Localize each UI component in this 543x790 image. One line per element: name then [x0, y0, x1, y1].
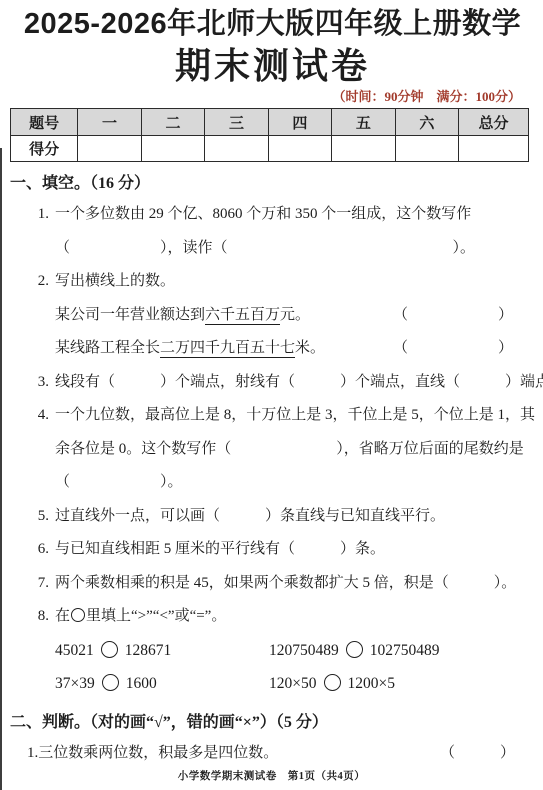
- score-table-header-cell: 一: [78, 109, 141, 136]
- text-segment: 里填上“>”“<”或“=”。: [86, 608, 226, 624]
- fill-q7: 7. 两个乘数相乘的积是 45，如果两个乘数都扩大 5 倍，积是（ ）。: [10, 567, 535, 601]
- question-number: 6.: [27, 533, 49, 567]
- question-text: 一个九位数，最高位上是 8，十万位上是 3，千位上是 5，个位上是 1，其: [55, 399, 535, 433]
- paper-title-line1: 2025-2026年北师大版四年级上册数学: [10, 6, 535, 43]
- comparison-item: 120750489102750489: [255, 634, 440, 668]
- exam-info: （时间：90分钟 满分：100分）: [10, 88, 535, 105]
- fill-q3: 3. 线段有（ ）个端点，射线有（ ）个端点，直线（ ）端点。: [10, 366, 535, 400]
- question-number: 7.: [27, 567, 49, 601]
- fill-q2-line-b: 某线路工程全长二万四千九百五十七米。 （ ）: [10, 332, 535, 366]
- compare-left-value: 120750489: [269, 642, 339, 659]
- fill-q8-lead: 8. 在里填上“>”“<”或“=”。: [10, 600, 535, 634]
- fill-q4-line3: （ ）。: [10, 466, 535, 500]
- text-segment: 某公司一年营业额达到: [55, 307, 205, 323]
- score-cell: [205, 136, 268, 162]
- exam-paper: 2025-2026年北师大版四年级上册数学 期末测试卷 （时间：90分钟 满分：…: [0, 0, 543, 790]
- question-number: 1.: [27, 198, 49, 232]
- comparison-item: 37×391600: [10, 667, 255, 701]
- fill-q5: 5. 过直线外一点，可以画（ ）条直线与已知直线平行。: [10, 500, 535, 534]
- fill-q8-compare-row2: 37×391600 120×501200×5: [10, 667, 535, 701]
- question-text: 两个乘数相乘的积是 45，如果两个乘数都扩大 5 倍，积是（ ）。: [55, 567, 516, 601]
- compare-circle-icon: [324, 674, 341, 691]
- score-table-header-cell: 三: [205, 109, 268, 136]
- compare-left-value: 45021: [55, 642, 94, 659]
- answer-blank: （ ）: [393, 299, 513, 333]
- compare-right-value: 128671: [125, 642, 172, 659]
- question-text: 某线路工程全长二万四千九百五十七米。: [10, 332, 325, 366]
- question-text: 过直线外一点，可以画（ ）条直线与已知直线平行。: [55, 500, 445, 534]
- question-number: 5.: [27, 500, 49, 534]
- compare-right-value: 102750489: [370, 642, 440, 659]
- fill-q6: 6. 与已知直线相距 5 厘米的平行线有（ ）条。: [10, 533, 535, 567]
- compare-right-value: 1600: [126, 675, 157, 692]
- text-segment: 某线路工程全长: [55, 340, 160, 356]
- question-text-wrap: 1. 三位数乘两位数，积最多是四位数。: [10, 737, 278, 771]
- judge-q1: 1. 三位数乘两位数，积最多是四位数。 （ ）: [10, 737, 535, 771]
- text-segment: 米。: [295, 340, 325, 356]
- score-cell: [332, 136, 395, 162]
- score-table-header-cell: 二: [141, 109, 204, 136]
- compare-circle-icon: [71, 608, 85, 622]
- underlined-number-words: 二万四千九百五十七: [160, 340, 295, 358]
- question-text: 线段有（ ）个端点，射线有（ ）个端点，直线（ ）端点。: [55, 366, 543, 400]
- text-segment: 在: [55, 608, 70, 624]
- score-cell: [459, 136, 529, 162]
- fill-q4-line1: 4. 一个九位数，最高位上是 8，十万位上是 3，千位上是 5，个位上是 1，其: [10, 399, 535, 433]
- fill-q2-lead: 2. 写出横线上的数。: [10, 265, 535, 299]
- question-text: 与已知直线相距 5 厘米的平行线有（ ）条。: [55, 533, 385, 567]
- score-table-header-cell: 四: [268, 109, 331, 136]
- comparison-item: 45021128671: [10, 634, 255, 668]
- answer-blank: （ ）: [393, 332, 513, 366]
- compare-right-value: 1200×5: [348, 675, 396, 692]
- score-cell: [395, 136, 458, 162]
- section-fill-heading: 一、填空。（16 分）: [10, 169, 535, 198]
- fill-q1-line1: 1. 一个多位数由 29 个亿、8060 个万和 350 个一组成，这个数写作: [10, 198, 535, 232]
- score-table: 题号 一 二 三 四 五 六 总分 得分: [10, 108, 529, 162]
- fill-q8-compare-row1: 45021128671 120750489102750489: [10, 634, 535, 668]
- question-text: 写出横线上的数。: [55, 265, 175, 299]
- paper-title-line2: 期末测试卷: [10, 43, 535, 88]
- score-cell: [141, 136, 204, 162]
- comparison-item: 120×501200×5: [255, 667, 395, 701]
- question-number: 8.: [27, 600, 49, 634]
- question-number: 1.: [27, 737, 38, 771]
- question-text: 一个多位数由 29 个亿、8060 个万和 350 个一组成，这个数写作: [55, 198, 471, 232]
- compare-circle-icon: [346, 641, 363, 658]
- compare-left-value: 37×39: [55, 675, 95, 692]
- fill-q2-line-a: 某公司一年营业额达到六千五百万元。 （ ）: [10, 299, 535, 333]
- question-number: 3.: [27, 366, 49, 400]
- scan-artifact-left-edge: [0, 148, 2, 790]
- section-judge-heading: 二、判断。（对的画“√”，错的画“×”）（5 分）: [10, 708, 535, 737]
- score-cell: [268, 136, 331, 162]
- score-table-header-row: 题号 一 二 三 四 五 六 总分: [11, 109, 529, 136]
- score-cell: [78, 136, 141, 162]
- score-table-header-cell: 题号: [11, 109, 78, 136]
- text-segment: 元。: [280, 307, 310, 323]
- question-text: 三位数乘两位数，积最多是四位数。: [38, 737, 278, 771]
- underlined-number-words: 六千五百万: [205, 307, 280, 325]
- score-table-score-row: 得分: [11, 136, 529, 162]
- compare-left-value: 120×50: [269, 675, 317, 692]
- question-text: 在里填上“>”“<”或“=”。: [55, 600, 226, 634]
- fill-q4-line2: 余各位是 0。这个数写作（ ），省略万位后面的尾数约是: [10, 433, 535, 467]
- score-table-header-cell: 总分: [459, 109, 529, 136]
- compare-circle-icon: [102, 674, 119, 691]
- score-row-label: 得分: [11, 136, 78, 162]
- score-table-header-cell: 六: [395, 109, 458, 136]
- fill-q1-line2: （ ），读作（ ）。: [10, 232, 535, 266]
- page-footer: 小学数学期末测试卷 第1页（共4页）: [0, 768, 543, 783]
- compare-circle-icon: [101, 641, 118, 658]
- score-table-header-cell: 五: [332, 109, 395, 136]
- answer-blank: （ ）: [440, 737, 515, 771]
- question-text: 某公司一年营业额达到六千五百万元。: [10, 299, 310, 333]
- question-number: 2.: [27, 265, 49, 299]
- question-number: 4.: [27, 399, 49, 433]
